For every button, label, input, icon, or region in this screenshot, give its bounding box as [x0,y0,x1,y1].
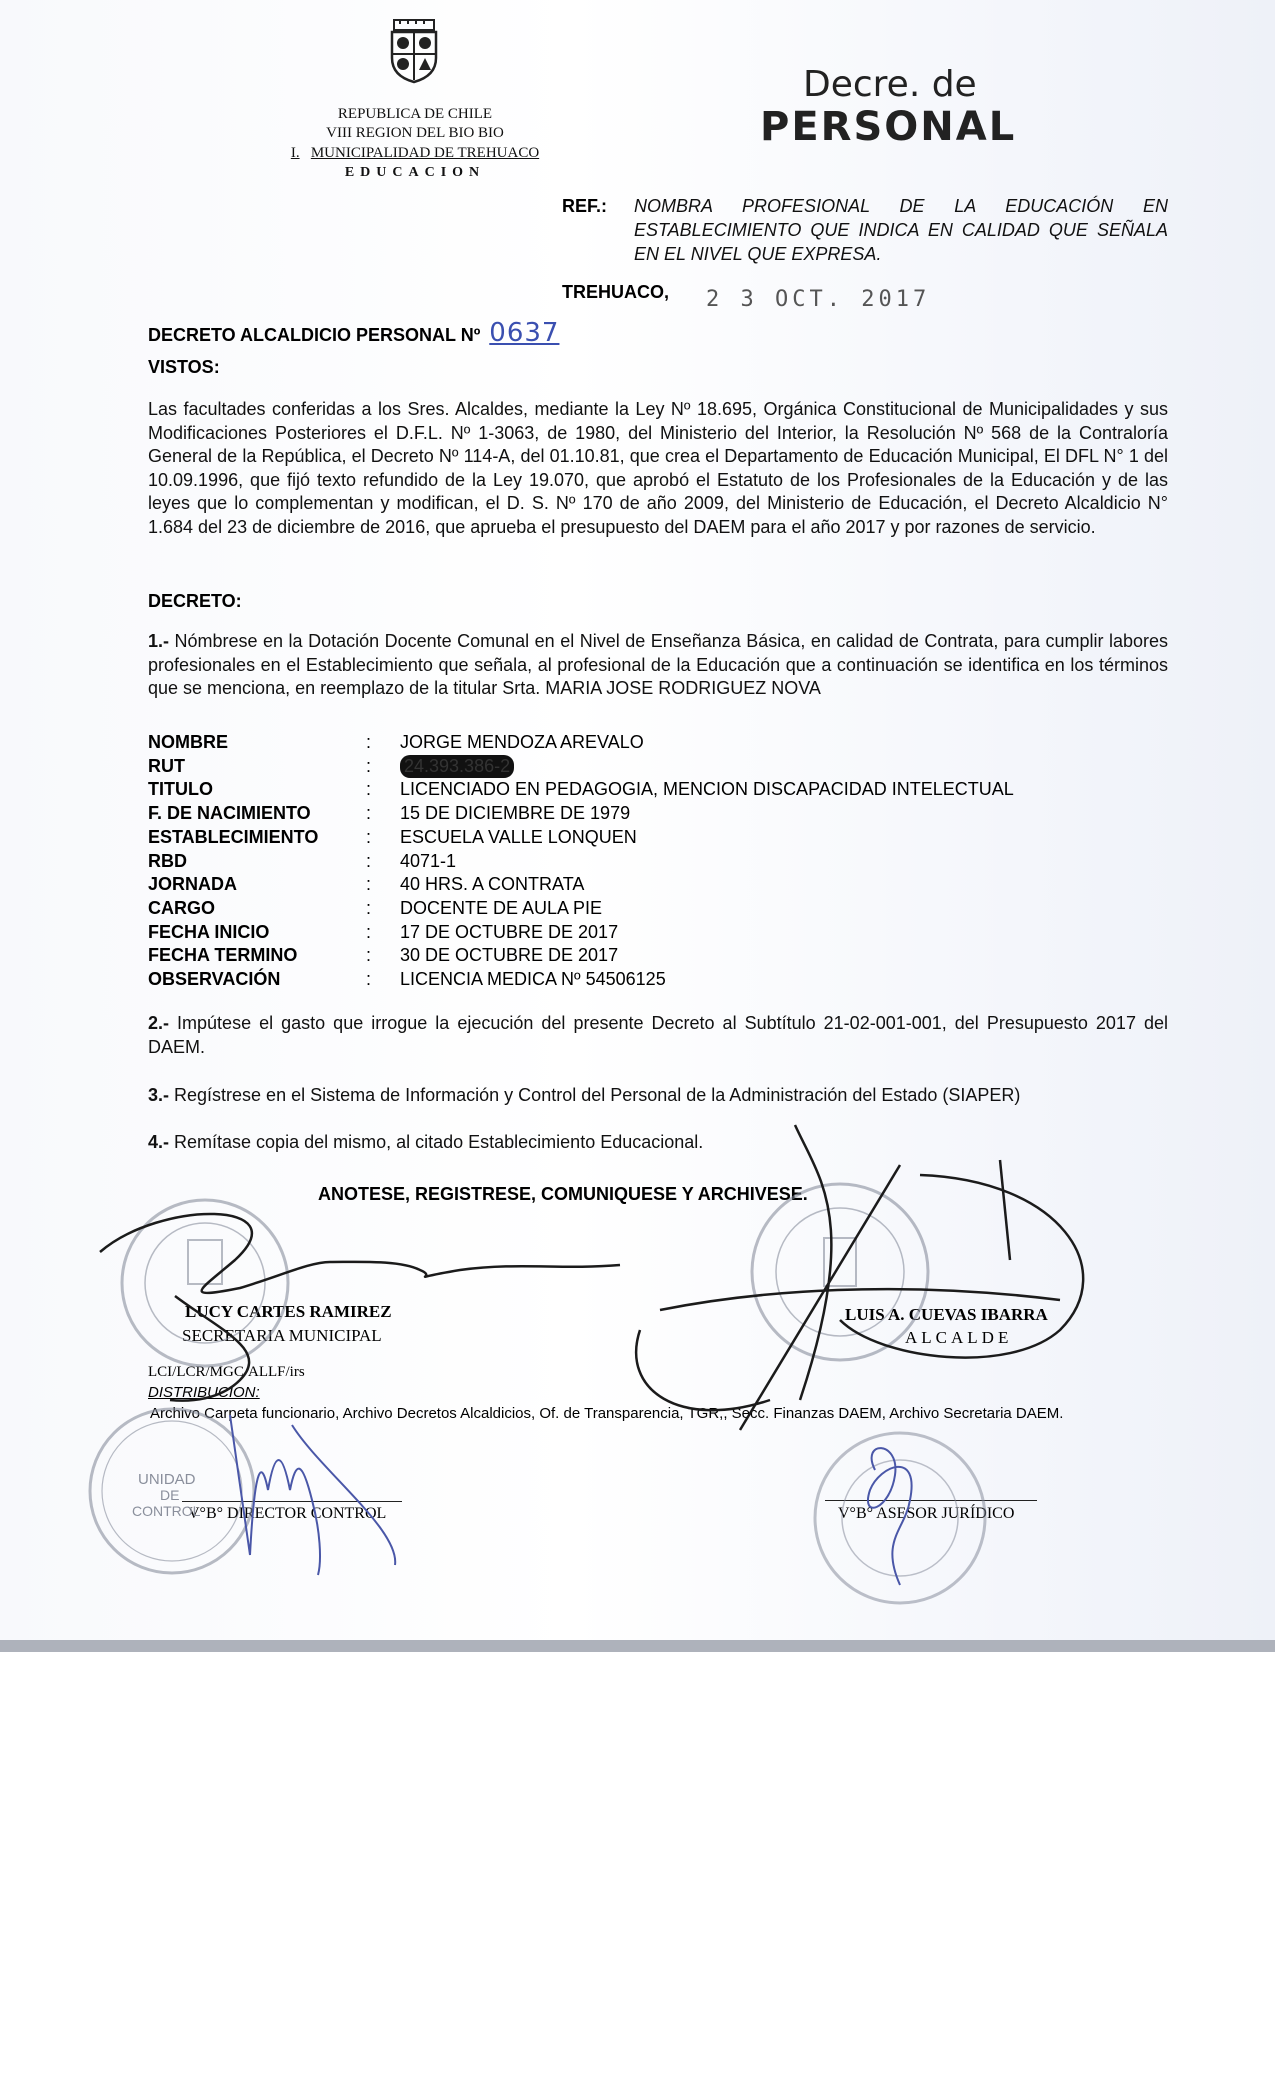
svg-text:DE: DE [160,1487,179,1503]
municipality-name: MUNICIPALIDAD DE TREHUACO [311,145,539,161]
decree-title: DECRETO ALCALDICIO PERSONAL Nº [148,325,480,345]
decreto-item-4: 4.- Remítase copia del mismo, al citado … [148,1131,1168,1155]
vistos-text: Las facultades conferidas a los Sres. Al… [148,398,1168,539]
ref-label: REF.: [562,196,607,217]
mayor-role: ALCALDE [905,1328,1012,1348]
decree-number-handwritten: 0637 [489,318,559,348]
field-row-nacimiento: F. DE NACIMIENTO:15 DE DICIEMBRE DE 1979 [148,802,1014,826]
secretary-name: LUCY CARTES RAMIREZ [185,1302,392,1322]
secretary-role: SECRETARIA MUNICIPAL [182,1326,382,1346]
distribution-heading: DISTRIBUCION: [148,1384,260,1401]
control-stamp-text: UNIDAD [138,1471,196,1488]
municipality-prefix: I. [291,145,300,161]
closing-formula: ANOTESE, REGISTRESE, COMUNIQUESE Y ARCHI… [318,1184,808,1205]
item-1-number: 1.- [148,631,169,651]
decree-number-line: DECRETO ALCALDICIO PERSONAL Nº 0637 [148,318,559,348]
field-row-jornada: JORNADA:40 HRS. A CONTRATA [148,873,1014,897]
field-row-establecimiento: ESTABLECIMIENTO:ESCUELA VALLE LONQUEN [148,826,1014,850]
header-region: VIII REGION DEL BIO BIO [250,125,580,142]
decreto-heading: DECRETO: [148,591,242,612]
field-row-nombre: NOMBRE:JORGE MENDOZA AREVALO [148,731,1014,755]
header-department: EDUCACION [250,164,580,181]
redacted-rut: 24.393.386-2 [400,755,514,779]
field-row-observacion: OBSERVACIÓN:LICENCIA MEDICA Nº 54506125 [148,968,1014,992]
initials: LCI/LCR/MGC/ALLF/irs [148,1364,305,1381]
vistos-heading: VISTOS: [148,357,220,378]
legal-approval: V°B° ASESOR JURÍDICO [838,1505,1014,1523]
scanned-document-page: REPUBLICA DE CHILE VIII REGION DEL BIO B… [0,0,1275,1648]
mayor-signature-icon [636,1125,1083,1430]
decreto-item-2: 2.- Impútese el gasto que irrogue la eje… [148,1012,1168,1059]
legal-signature-line [825,1500,1037,1501]
ref-line-rest: ESTABLECIMIENTO QUE INDICA EN CALIDAD QU… [634,220,1168,264]
scan-bottom-edge [0,1640,1275,1652]
control-signature-icon [230,1415,395,1575]
item-1-text: Nómbrese en la Dotación Docente Comunal … [148,631,1168,698]
decreto-item-1: 1.- Nómbrese en la Dotación Docente Comu… [148,630,1168,701]
field-row-fecha-inicio: FECHA INICIO:17 DE OCTUBRE DE 2017 [148,921,1014,945]
header-republic: REPUBLICA DE CHILE [250,106,580,123]
control-approval: V°B° DIRECTOR CONTROL [188,1505,386,1523]
field-row-rut: RUT:24.393.386-2 [148,755,1014,779]
coat-of-arms-icon [386,18,442,84]
ref-line-1: NOMBRA PROFESIONAL DE LA EDUCACIÓN EN [634,194,1168,218]
field-row-titulo: TITULO:LICENCIADO EN PEDAGOGIA, MENCION … [148,778,1014,802]
decreto-item-3: 3.- Regístrese en el Sistema de Informac… [148,1084,1168,1108]
field-row-rbd: RBD:4071-1 [148,850,1014,874]
distribution-list: Archivo Carpeta funcionario, Archivo Dec… [150,1405,1063,1422]
field-row-cargo: CARGO:DOCENTE DE AULA PIE [148,897,1014,921]
appointment-fields: NOMBRE:JORGE MENDOZA AREVALO RUT:24.393.… [148,731,1014,992]
control-stamp-icon [90,1409,254,1573]
mayor-name: LUIS A. CUEVAS IBARRA [845,1305,1048,1325]
mayor-stamp-icon [752,1184,928,1360]
city-label: TREHUACO, [562,282,669,303]
control-signature-line [182,1501,402,1502]
ref-text: NOMBRA PROFESIONAL DE LA EDUCACIÓN EN ES… [634,194,1168,266]
stamp-personal: PERSONAL [760,104,1016,150]
stamp-decree-type: Decre. de [803,64,977,105]
date-stamp: 2 3 OCT. 2017 [706,287,930,312]
header-municipality: I. MUNICIPALIDAD DE TREHUACO [250,145,580,162]
field-row-fecha-termino: FECHA TERMINO:30 DE OCTUBRE DE 2017 [148,944,1014,968]
